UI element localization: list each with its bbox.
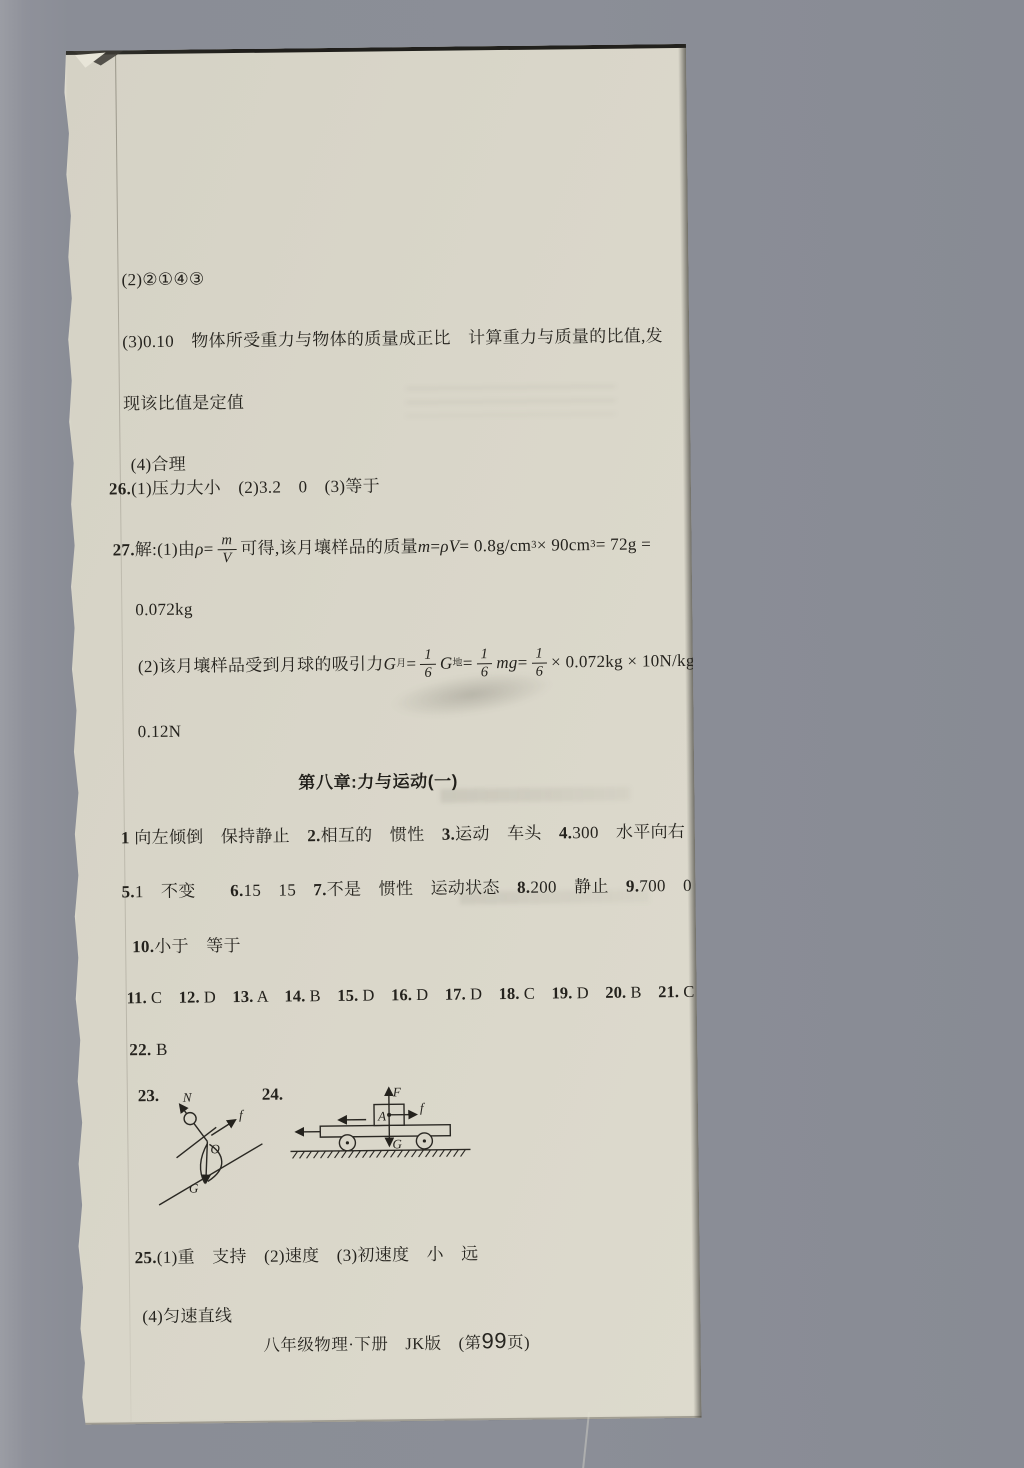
answer-line-24-3: (3)0.10 物体所受重力与物体的质量成正比 计算重力与质量的比值,发 (122, 325, 663, 352)
figure-24-cart-force-diagram: A F f G (290, 1081, 476, 1163)
chapter-heading: 第八章:力与运动(一) (298, 767, 458, 794)
answer-book-page: (2)②①④③ (3)0.10 物体所受重力与物体的质量成正比 计算重力与质量的… (62, 44, 702, 1425)
answer-line-24-2: (2)②①④③ (121, 268, 204, 290)
answer-line-25: 25.(1)重 支持 (2)速度 (3)初速度 小 远 (135, 1243, 479, 1268)
answer-line-25-4: (4)匀速直线 (142, 1305, 232, 1327)
figure-23-incline-force-diagram: N f O G (150, 1091, 273, 1224)
answer-line-26: 26.(1)压力大小 (2)3.2 0 (3)等于 (109, 475, 380, 499)
answer-line-27-2-result: 0.12N (138, 721, 182, 743)
paper-crease (115, 53, 132, 1421)
label-A: A (377, 1108, 386, 1123)
label-F: F (392, 1084, 402, 1099)
answer-line-10: 10.小于 等于 (132, 935, 241, 957)
answer-line-1-4: 1 向左倾倒 保持静止 2.相互的 惯性 3.运动 车头 4.300 水平向右 (121, 821, 685, 849)
page-footer: 八年级物理·下册 JK版 (第99页) (247, 1329, 547, 1356)
label-N: N (182, 1090, 193, 1105)
label-G: G (189, 1181, 199, 1196)
label-f: f (420, 1100, 426, 1115)
answer-line-24-4: (4)合理 (131, 454, 187, 476)
paper-bottom-edge (82, 1416, 702, 1425)
answer-line-27-1: 27.解:(1)由 ρ = mV 可得,该月壤样品的质量 m = ρV = 0.… (112, 521, 651, 573)
stray-hair (582, 1412, 590, 1468)
ink-showthrough-smudge (406, 385, 616, 417)
answer-line-27-1-result: 0.072kg (135, 599, 193, 621)
answer-line-24-3-cont: 现该比值是定值 (123, 392, 244, 415)
photo-of-answer-page: { "colors":{"background":"#8b8e97","pape… (0, 0, 1024, 1468)
answer-line-27-2: (2)该月壤样品受到月球的吸引力 G月 = 16G地 = 16mg = 16 ×… (138, 638, 710, 690)
label-G: G (392, 1136, 402, 1151)
skier-head (184, 1113, 196, 1125)
answer-line-5-9: 5.1 不变 6.15 15 7.不是 惯性 运动状态 8.200 静止 9.7… (121, 875, 692, 903)
ink-showthrough-smudge (440, 787, 630, 803)
answer-line-11-21: 11. C 12. D 13. A 14. B 15. D 16. D 17. … (127, 982, 695, 1009)
label-O: O (210, 1141, 220, 1156)
label-f: f (239, 1107, 245, 1122)
answer-line-22: 22. B (129, 1039, 168, 1061)
